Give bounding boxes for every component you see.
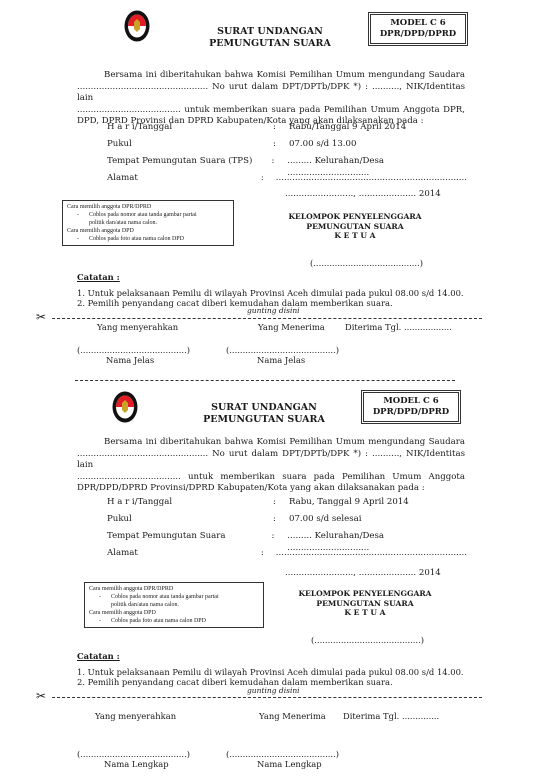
- dash: -: [99, 593, 101, 601]
- model-line-2: DPR/DPD/DPRD: [364, 407, 458, 418]
- instruction-text: Coblos pada foto atau nama calon DPD: [111, 618, 206, 624]
- detail-value: ......... Kelurahan/Desa ...............…: [287, 530, 467, 547]
- note-2: 2. Pemilih penyandang cacat diberi kemud…: [77, 298, 393, 309]
- detail-label: H a r i/Tanggal: [107, 496, 273, 513]
- place-date-line: ........................., .............…: [285, 567, 441, 579]
- intro-paragraph: Bersama ini diberitahukan bahwa Komisi P…: [77, 437, 465, 495]
- instruction-text: Coblos pada nomor atau tanda gambar part…: [111, 594, 219, 600]
- dash: -: [77, 235, 79, 243]
- kpps-line-2: PEMUNGUTAN SUARA: [280, 222, 430, 232]
- detail-colon: :: [273, 513, 289, 530]
- detail-label: Pukul: [107, 513, 273, 530]
- receiver-signature-line: (.......................................…: [226, 345, 339, 356]
- section-divider: [75, 380, 455, 381]
- details-table: H a r i/Tanggal : Rabu/Tanggal 9 April 2…: [107, 121, 467, 189]
- intro-line-2: ........................................…: [77, 449, 465, 472]
- dash: -: [99, 617, 101, 625]
- giver-signature-line: (.......................................…: [77, 345, 190, 356]
- title-line-1: SURAT UNDANGAN: [194, 402, 334, 414]
- detail-colon: :: [271, 155, 287, 172]
- kpps-line-3: K E T U A: [280, 231, 430, 241]
- detail-colon: :: [271, 530, 287, 547]
- instruction-text: Coblos pada nomor atau tanda gambar part…: [89, 212, 197, 218]
- detail-value: Rabu/Tanggal 9 April 2014: [289, 121, 406, 138]
- detail-colon: :: [273, 496, 289, 513]
- instruction-item: -Coblos pada nomor atau tanda gambar par…: [67, 211, 229, 219]
- model-line-1: MODEL C 6: [371, 18, 465, 29]
- detail-row: H a r i/Tanggal : Rabu/Tanggal 9 April 2…: [107, 121, 467, 138]
- instruction-item: -Coblos pada nomor atau tanda gambar par…: [89, 593, 259, 601]
- intro-line-1: Bersama ini diberitahukan bahwa Komisi P…: [77, 70, 465, 82]
- detail-value: Rabu, Tanggal 9 April 2014: [289, 496, 409, 513]
- cut-line: [52, 697, 482, 698]
- ketua-signature-line: (.......................................…: [310, 258, 423, 269]
- notes-title: Catatan :: [77, 651, 120, 662]
- receiver-name-caption: Nama Jelas: [257, 355, 305, 366]
- detail-label: H a r i/Tanggal: [107, 121, 273, 138]
- instruction-line: Cara memilih anggota DPR/DPRD: [89, 585, 259, 593]
- cut-label: gunting disini: [247, 306, 300, 315]
- kpu-logo-icon: [124, 10, 150, 42]
- instruction-line: politik dan/atau nama calon.: [89, 601, 259, 609]
- doc-title: SURAT UNDANGAN PEMUNGUTAN SUARA: [194, 402, 334, 426]
- scissors-icon: ✂: [36, 690, 46, 702]
- receiver-signature-line: (.......................................…: [226, 749, 339, 760]
- dash: -: [77, 211, 79, 219]
- received-date-label: Diterima Tgl. ..............: [343, 711, 439, 722]
- received-date-label: Diterima Tgl. ..................: [345, 322, 452, 333]
- notes-title: Catatan :: [77, 272, 120, 283]
- instruction-item: -Coblos pada foto atau nama calon DPD: [89, 617, 259, 625]
- voting-instructions-box: Cara memilih anggota DPR/DPRD -Coblos pa…: [84, 582, 264, 628]
- giver-name-caption: Nama Lengkap: [104, 759, 169, 770]
- detail-value: ........................................…: [276, 547, 467, 564]
- detail-row: H a r i/Tanggal : Rabu, Tanggal 9 April …: [107, 496, 467, 513]
- receiver-name-caption: Nama Lengkap: [257, 759, 322, 770]
- detail-row: Tempat Pemungutan Suara (TPS) : ........…: [107, 155, 467, 172]
- kpps-heading: KELOMPOK PENYELENGGARA PEMUNGUTAN SUARA …: [280, 212, 430, 241]
- instruction-item: -Coblos pada foto atau nama calon DPD: [67, 235, 229, 243]
- kpps-line-3: K E T U A: [290, 608, 440, 618]
- giver-name-caption: Nama Jelas: [106, 355, 154, 366]
- detail-value: ........................................…: [276, 172, 467, 189]
- cut-line: [52, 318, 482, 319]
- doc-title: SURAT UNDANGAN PEMUNGUTAN SUARA: [200, 26, 340, 50]
- intro-line-4: DPR/DPD/DPRD Provinsi/DPRD Kabupaten/Kot…: [77, 483, 465, 495]
- detail-label: Alamat: [107, 172, 261, 189]
- instruction-line: Cara memilih anggota DPD: [89, 609, 259, 617]
- detail-colon: :: [261, 547, 276, 564]
- detail-value: 07.00 s/d 13.00: [289, 138, 356, 155]
- model-badge: MODEL C 6 DPR/DPD/DPRD: [368, 12, 468, 46]
- model-line-2: DPR/DPD/DPRD: [371, 29, 465, 40]
- title-line-2: PEMUNGUTAN SUARA: [200, 38, 340, 50]
- detail-row: Alamat : ...............................…: [107, 172, 467, 189]
- title-line-2: PEMUNGUTAN SUARA: [194, 414, 334, 426]
- detail-colon: :: [273, 138, 289, 155]
- detail-row: Alamat : ...............................…: [107, 547, 467, 564]
- intro-line-1: Bersama ini diberitahukan bahwa Komisi P…: [77, 437, 465, 449]
- cut-label: gunting disini: [247, 686, 300, 695]
- model-badge: MODEL C 6 DPR/DPD/DPRD: [361, 390, 461, 424]
- note-1: 1. Untuk pelaksanaan Pemilu di wilayah P…: [77, 288, 464, 299]
- detail-value: ......... Kelurahan/Desa ...............…: [287, 155, 467, 172]
- detail-label: Tempat Pemungutan Suara: [107, 530, 271, 547]
- kpps-heading: KELOMPOK PENYELENGGARA PEMUNGUTAN SUARA …: [290, 589, 440, 618]
- place-date-line: ........................., .............…: [285, 188, 441, 200]
- detail-value: 07.00 s/d selesai: [289, 513, 362, 530]
- kpps-line-2: PEMUNGUTAN SUARA: [290, 599, 440, 609]
- intro-line-3: ...................................... u…: [77, 472, 465, 484]
- detail-colon: :: [273, 121, 289, 138]
- voting-instructions-box: Cara memilih anggota DPR/DPRD -Coblos pa…: [62, 200, 234, 246]
- giver-signature-line: (.......................................…: [77, 749, 190, 760]
- detail-label: Alamat: [107, 547, 261, 564]
- detail-label: Pukul: [107, 138, 273, 155]
- detail-colon: :: [261, 172, 276, 189]
- intro-line-2: ........................................…: [77, 82, 465, 105]
- scissors-icon: ✂: [36, 311, 46, 323]
- giver-label: Yang menyerahkan: [95, 711, 176, 722]
- intro-line-3: ...................................... u…: [77, 105, 465, 117]
- model-line-1: MODEL C 6: [364, 396, 458, 407]
- note-1: 1. Untuk pelaksanaan Pemilu di wilayah P…: [77, 667, 464, 678]
- kpps-line-1: KELOMPOK PENYELENGGARA: [280, 212, 430, 222]
- receiver-label: Yang Menerima: [258, 322, 325, 333]
- details-table: H a r i/Tanggal : Rabu, Tanggal 9 April …: [107, 496, 467, 564]
- intro-paragraph: Bersama ini diberitahukan bahwa Komisi P…: [77, 70, 465, 128]
- kpps-line-1: KELOMPOK PENYELENGGARA: [290, 589, 440, 599]
- detail-row: Pukul : 07.00 s/d selesai: [107, 513, 467, 530]
- receiver-label: Yang Menerima: [259, 711, 326, 722]
- detail-row: Pukul : 07.00 s/d 13.00: [107, 138, 467, 155]
- instruction-text: Coblos pada foto atau nama calon DPD: [89, 236, 184, 242]
- kpu-logo-icon: [112, 391, 138, 423]
- ketua-signature-line: (.......................................…: [311, 635, 424, 646]
- detail-label: Tempat Pemungutan Suara (TPS): [107, 155, 271, 172]
- title-line-1: SURAT UNDANGAN: [200, 26, 340, 38]
- note-2: 2. Pemilih penyandang cacat diberi kemud…: [77, 677, 393, 688]
- instruction-line: Cara memilih anggota DPD: [67, 227, 229, 235]
- instruction-line: Cara memilih anggota DPR/DPRD: [67, 203, 229, 211]
- instruction-line: politik dan/atau nama calon.: [67, 219, 229, 227]
- detail-row: Tempat Pemungutan Suara : ......... Kelu…: [107, 530, 467, 547]
- giver-label: Yang menyerahkan: [97, 322, 178, 333]
